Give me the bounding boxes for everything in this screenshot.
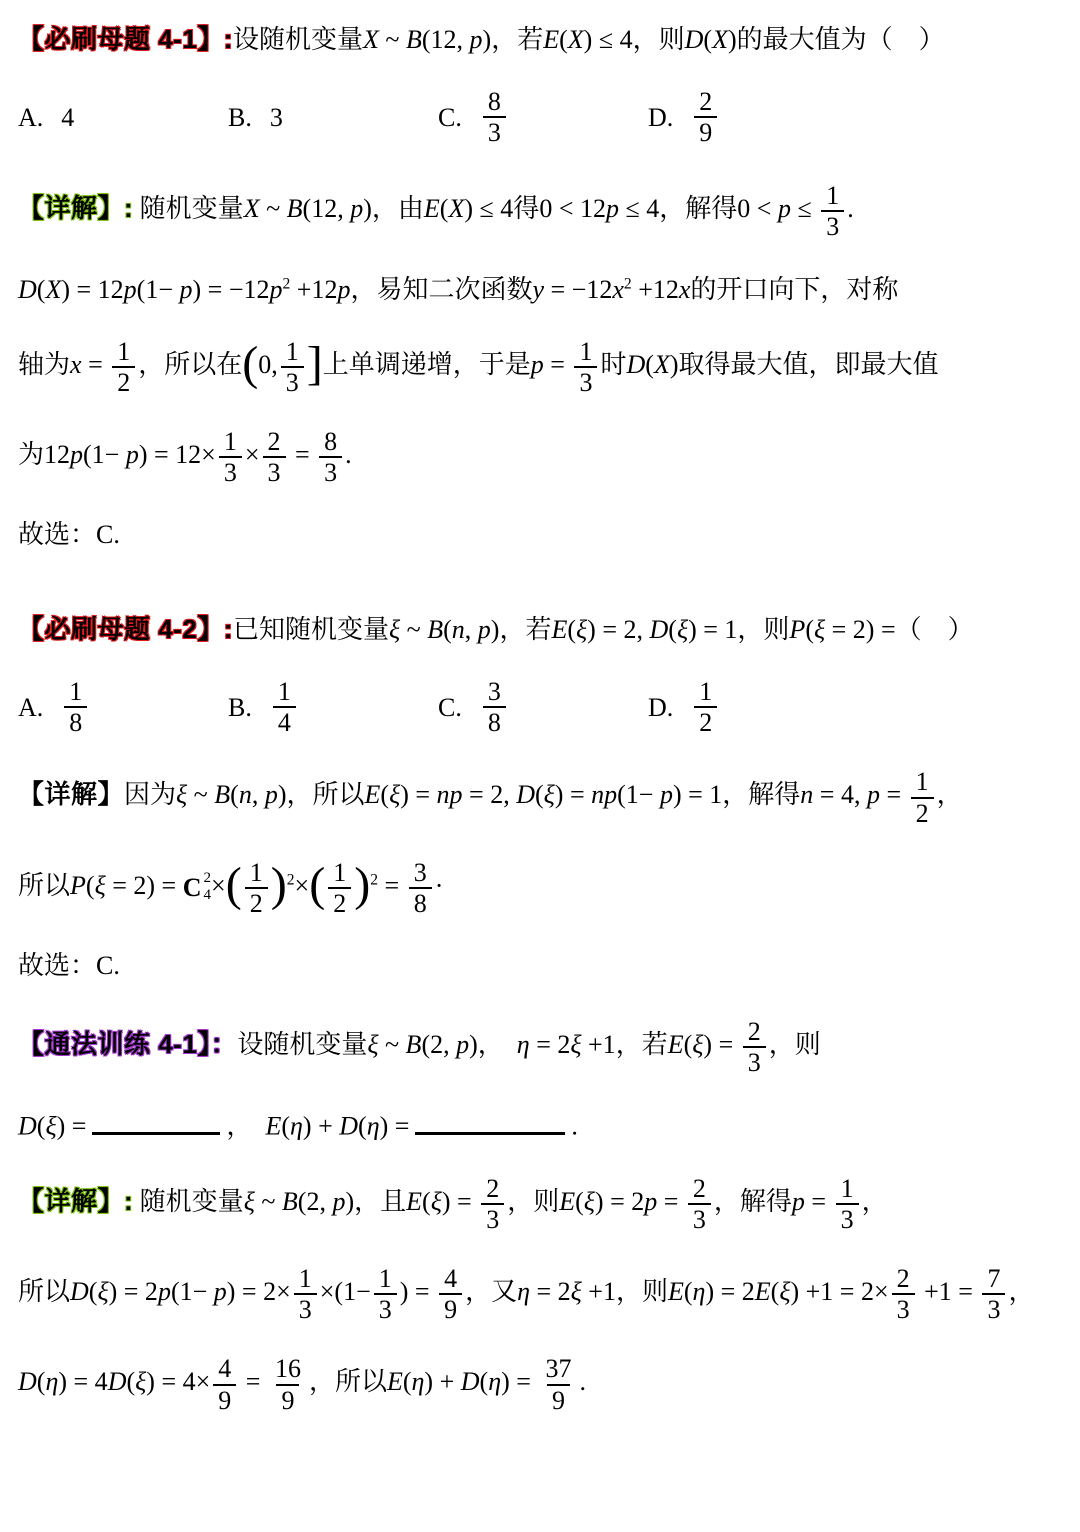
chinese-text: 因为 [124,781,176,810]
answer-4-2: 故选：C. [18,948,1060,983]
fraction-denominator: 3 [483,116,506,147]
problem-4-1-statement: 【必刷母题 4-1】:设随机变量X ~ B(12, p)，若E(X) ≤ 4，则… [18,22,1060,57]
answer-option: B.3 [228,100,438,135]
math-variable: X [363,25,379,54]
math-roman: ) = 1 [673,781,722,810]
math-roman: × [245,440,260,469]
math-variable: p [660,781,673,810]
chinese-text: 的开口向下，对称 [690,275,898,304]
chinese-text: ，若 [616,1030,668,1059]
chinese-text: ，若 [491,25,543,54]
math-fraction: 49 [439,1264,462,1324]
math-fraction: 83 [483,87,506,147]
math-variable: ξ [584,1187,595,1216]
explanation-4-2-line-1: 【详解】因为ξ ~ B(n, p)，所以E(ξ) = np = 2, D(ξ) … [18,767,1060,827]
chinese-text: 设随机变量 [233,25,363,54]
math-variable: E [668,1277,684,1306]
math-roman: ) = 12× [139,440,216,469]
math-variable: p [644,1187,657,1216]
math-fraction: 23 [263,427,286,487]
math-variable: η [693,1277,706,1306]
math-variable: n [452,615,465,644]
math-roman: ( [684,1030,693,1059]
fraction-numerator: 2 [263,427,286,456]
math-variable: p [456,1030,469,1059]
fraction-denominator: 3 [688,1203,711,1234]
chinese-text: ，解得 [714,1187,792,1216]
math-roman: ) ≤ 4 [464,194,513,223]
math-variable: ξ [431,1187,442,1216]
math-roman: ) [469,1030,478,1059]
math-variable: n [239,781,252,810]
chinese-text: ，易知二次函数 [350,275,532,304]
big-bracket: ( [226,858,242,911]
chinese-text: ，则 [633,25,685,54]
math-variable: ξ [389,781,400,810]
fraction-denominator: 9 [547,1384,570,1415]
math-roman: ( [126,1368,135,1397]
math-roman: C. [96,520,120,549]
math-variable: η [290,1112,303,1141]
combination-superscript: 2 [203,870,211,887]
math-variable: ξ [814,615,825,644]
math-roman: ( [380,781,389,810]
math-variable: D [70,1277,89,1306]
math-roman: 12 [44,440,70,469]
math-roman: . [847,194,854,223]
answer-option: B.14 [228,677,438,737]
chinese-text: ， [478,1030,517,1059]
fraction-denominator: 2 [245,887,268,918]
training-4-1-statement: 【通法训练 4-1】：设随机变量ξ ~ B(2, p)， η = 2ξ +1，若… [18,1017,1060,1077]
explanation-4-1-line-4: 为12p(1− p) = 12×13×23 = 83. [18,427,1060,487]
big-bracket: ( [309,858,325,911]
math-variable: B [282,1187,298,1216]
math-variable: p [531,350,544,379]
math-roman: . [579,1368,586,1397]
chinese-text: ，所以 [309,1368,387,1397]
problem-4-1-options: A.4B.3C.83D.29 [18,87,1060,147]
fraction-denominator: 3 [982,1293,1005,1324]
math-roman: (12, [422,25,470,54]
explanation-training-line-3: D(η) = 4D(ξ) = 4×49 = 169，所以E(η) + D(η) … [18,1354,1060,1414]
fraction-numerator: 4 [439,1264,462,1293]
math-roman: 0 < [737,194,778,223]
math-roman: 3 [270,100,283,135]
math-roman: ( [443,615,452,644]
math-fraction: 23 [743,1017,766,1077]
math-variable: E [424,194,440,223]
math-roman: = 2 [530,1277,571,1306]
math-roman: ) = [400,1277,436,1306]
math-roman: 0, [258,350,278,379]
chinese-text: 设随机变量 [237,1030,367,1059]
math-variable: E [406,1187,422,1216]
fraction-denominator: 9 [439,1293,462,1324]
answer-blank [415,1107,565,1135]
math-roman: (1− [617,781,660,810]
math-roman: ~ [378,1030,405,1059]
math-roman: A. [18,690,43,725]
math-variable: p [214,1277,227,1306]
answer-option: A.4 [18,100,228,135]
math-variable: D [626,350,645,379]
math-superscript: 2 [624,275,632,292]
math-roman: ( [703,25,712,54]
math-roman: ) [363,194,372,223]
math-variable: D [339,1112,358,1141]
math-variable: p [265,781,278,810]
math-variable: E [668,1030,684,1059]
math-roman: ) [345,1187,354,1216]
math-roman: = [82,350,110,379]
fraction-numerator: 2 [481,1174,504,1203]
fraction-denominator: 9 [213,1384,236,1415]
math-roman: ( [684,1277,693,1306]
math-variable: ξ [45,1112,56,1141]
chinese-text: ，若 [499,615,551,644]
fraction-denominator: 3 [743,1046,766,1077]
math-roman: (2, [421,1030,456,1059]
math-fraction: 38 [409,858,432,918]
math-roman: ) = [555,781,591,810]
math-roman: ) = 1 [688,615,737,644]
math-roman: +1 [582,1030,616,1059]
math-variable: p [470,25,483,54]
math-variable: ξ [95,871,106,900]
combination-scripts: 24 [203,870,211,905]
math-roman: +12 [632,275,679,304]
math-fraction: 23 [688,1174,711,1234]
math-variable: ξ [389,615,400,644]
math-fraction: 12 [328,858,351,918]
math-roman: ) + [303,1112,339,1141]
fraction-denominator: 3 [892,1293,915,1324]
math-roman: ( [422,1187,431,1216]
chinese-text: ， [1008,1277,1034,1306]
math-roman: (12, [303,194,351,223]
math-roman: ) = 12 [61,275,123,304]
fraction-denominator: 9 [276,1384,299,1415]
math-variable: D [108,1368,127,1397]
math-variable: ξ [544,781,555,810]
fraction-denominator: 3 [374,1293,397,1324]
math-roman: , [465,615,478,644]
math-roman: , [252,781,265,810]
math-fraction: 13 [294,1264,317,1324]
chinese-text: 为 [18,440,44,469]
fraction-numerator: 1 [694,677,717,706]
math-roman: ) = 4 [58,1368,107,1397]
math-roman: · [435,871,444,900]
math-roman: C. [96,951,120,980]
explanation-4-1-line-3: 轴为x = 12，所以在(0,13]上单调递增，于是p = 13时D(X)取得最… [18,337,1060,397]
fraction-numerator: 1 [294,1264,317,1293]
chinese-text: ，解得 [659,194,737,223]
section-header: 【通法训练 4-1】： [18,1029,237,1059]
math-roman: B. [228,690,252,725]
math-roman: . [571,1112,578,1141]
math-roman: = [239,1368,267,1397]
fraction-numerator: 1 [821,181,844,210]
math-roman: (1− [83,440,126,469]
math-roman: ( [480,1368,489,1397]
math-roman: ) = −12 [193,275,270,304]
math-roman: A. [18,100,43,135]
answer-blank [92,1107,220,1135]
training-4-1-blanks: D(ξ) =， E(η) + D(η) =. [18,1107,1060,1144]
math-roman: ) = 4× [146,1368,210,1397]
math-variable: p [792,1187,805,1216]
fraction-denominator: 3 [821,210,844,241]
math-variable: X [448,194,464,223]
math-roman: +12 [290,275,337,304]
fraction-numerator: 1 [219,427,242,456]
math-variable: p [478,615,491,644]
math-roman: ~ [260,194,287,223]
chinese-text: 上单调递增，于是 [323,350,531,379]
big-bracket: ) [271,858,287,911]
explanation-training-line-2: 所以D(ξ) = 2p(1− p) = 2×13×(1−13) = 49，又η … [18,1264,1060,1324]
math-fraction: 169 [270,1354,306,1414]
chinese-text: 随机变量 [133,194,244,223]
math-roman: ) + [424,1368,460,1397]
math-variable: y [532,275,544,304]
chinese-text: 时 [600,350,626,379]
chinese-text: ，且 [354,1187,406,1216]
math-roman: ) [728,25,737,54]
math-variable: ξ [570,1030,581,1059]
math-variable: D [18,1368,37,1397]
fraction-denominator: 2 [112,366,135,397]
fraction-denominator: 3 [574,366,597,397]
math-variable: X [568,25,584,54]
math-variable: np [591,781,617,810]
chinese-text: 轴为 [18,350,70,379]
fraction-denominator: 4 [273,706,296,737]
fraction-denominator: 3 [281,366,304,397]
math-variable: p [124,275,137,304]
math-roman: ) +1 = 2× [790,1277,888,1306]
answer-4-1: 故选：C. [18,517,1060,552]
math-roman: ) ≤ 4 [584,25,633,54]
math-fraction: 23 [481,1174,504,1234]
math-variable: η [367,1112,380,1141]
math-roman: 4 [61,100,74,135]
math-fraction: 38 [483,677,506,737]
math-fraction: 29 [694,87,717,147]
fraction-numerator: 1 [911,767,934,796]
fraction-numerator: 1 [281,337,304,366]
math-variable: p [126,440,139,469]
math-fraction: 12 [694,677,717,737]
combination-base: C [183,870,202,905]
fraction-numerator: 2 [688,1174,711,1203]
math-roman: (1− [137,275,180,304]
chinese-text: ， [862,1187,888,1216]
chinese-text: 故选： [18,520,96,549]
math-variable: E [559,1187,575,1216]
math-roman: ) = [57,1112,87,1141]
math-roman: ) [483,25,492,54]
math-variable: p [867,781,880,810]
math-variable: ξ [677,615,688,644]
fraction-numerator: 7 [982,1264,1005,1293]
math-variable: D [685,25,704,54]
math-roman: = −12 [544,275,612,304]
math-roman: ( [645,350,654,379]
math-roman: ( [575,1187,584,1216]
math-roman: ) = [703,1030,739,1059]
math-variable: E [365,781,381,810]
big-bracket: ( [242,337,258,390]
math-roman: ) = [442,1187,478,1216]
math-variable: D [18,275,37,304]
math-variable: η [412,1368,425,1397]
math-variable: ξ [244,1187,255,1216]
chinese-text: 取得最大值，即最大值 [679,350,939,379]
math-roman: = [378,871,406,900]
math-roman: +1 [582,1277,616,1306]
chinese-text: ，又 [465,1277,517,1306]
chinese-text: 所以 [18,1277,70,1306]
fraction-numerator: 8 [483,87,506,116]
math-roman: = [805,1187,833,1216]
explanation-4-2-line-2: 所以P(ξ = 2) = C24×(12)2×(12)2 = 38· [18,858,1060,918]
math-variable: x [679,275,691,304]
math-superscript: 2 [370,871,378,888]
math-worksheet: 【必刷母题 4-1】:设随机变量X ~ B(12, p)，若E(X) ≤ 4，则… [18,22,1060,1415]
fraction-denominator: 3 [836,1203,859,1234]
fraction-numerator: 37 [540,1354,576,1383]
chinese-text: 已知随机变量 [233,615,389,644]
chinese-text: ，则 [616,1277,668,1306]
chinese-text: 得 [513,194,539,223]
math-variable: η [517,1277,530,1306]
fraction-numerator: 2 [892,1264,915,1293]
math-fraction: 13 [836,1174,859,1234]
fraction-denominator: 3 [219,456,242,487]
math-roman: ( [230,781,239,810]
chinese-text: 的最大值为（ ） [737,25,945,54]
problem-4-2-statement: 【必刷母题 4-2】:已知随机变量ξ ~ B(n, p)，若E(ξ) = 2, … [18,612,1060,647]
math-roman: ) = [400,781,436,810]
big-bracket: ] [307,337,323,390]
math-roman: ( [805,615,814,644]
fraction-numerator: 2 [743,1017,766,1046]
fraction-denominator: 8 [483,706,506,737]
math-roman: ≤ [791,194,818,223]
math-roman: × [211,871,226,900]
math-roman: ( [567,615,576,644]
chinese-text: 随机变量 [133,1187,244,1216]
section-header: 【详解】: [18,193,133,223]
math-fraction: 73 [982,1264,1005,1324]
math-variable: η [517,1030,530,1059]
math-roman: ( [535,781,544,810]
math-fraction: 13 [574,337,597,397]
answer-option: C.83 [438,87,648,147]
section-header: 【详解】 [18,780,124,810]
math-roman: × [295,871,310,900]
fraction-numerator: 1 [328,858,351,887]
fraction-numerator: 1 [64,677,87,706]
math-roman: = 2) = [106,871,183,900]
math-roman: (1− [171,1277,214,1306]
math-roman: ~ [255,1187,282,1216]
section-header: 【必刷母题 4-2】: [18,614,233,644]
math-fraction: 12 [112,337,135,397]
math-roman: ( [358,1112,367,1141]
explanation-4-1-line-1: 【详解】: 随机变量X ~ B(12, p)，由E(X) ≤ 4得0 < 12p… [18,181,1060,241]
combination-symbol: C24 [183,870,211,905]
math-variable: x [70,350,82,379]
problem-4-2-options: A.18B.14C.38D.12 [18,677,1060,737]
math-superscript: 2 [287,871,295,888]
math-variable: p [337,275,350,304]
math-fraction: 12 [911,767,934,827]
math-variable: E [543,25,559,54]
math-variable: D [18,1112,37,1141]
fraction-numerator: 1 [836,1174,859,1203]
math-variable: p [606,194,619,223]
fraction-denominator: 9 [694,116,717,147]
math-variable: E [755,1277,771,1306]
math-variable: p [158,1277,171,1306]
math-variable: p [70,440,83,469]
fraction-numerator: 1 [112,337,135,366]
fraction-numerator: 1 [273,677,296,706]
math-roman: = 4, [813,781,867,810]
math-variable: D [461,1368,480,1397]
math-variable: B [406,25,422,54]
math-variable: X [712,25,728,54]
section-header: 【详解】: [18,1186,133,1216]
chinese-text: ，所以在 [138,350,242,379]
fraction-denominator: 2 [911,797,934,828]
math-roman: +1 = [918,1277,980,1306]
math-variable: ξ [135,1368,146,1397]
fraction-numerator: 1 [574,337,597,366]
math-roman: ≤ 4 [619,194,659,223]
math-roman: = 2, [463,781,517,810]
math-roman: ×(1− [320,1277,371,1306]
chinese-text: 所以 [18,871,70,900]
answer-option: C.38 [438,677,648,737]
math-roman: D. [648,100,673,135]
math-variable: p [269,275,282,304]
math-variable: B [406,1030,422,1059]
fraction-denominator: 8 [409,887,432,918]
math-fraction: 18 [64,677,87,737]
math-roman: ( [281,1112,290,1141]
fraction-denominator: 3 [319,456,342,487]
math-variable: η [45,1368,58,1397]
math-variable: D [516,781,535,810]
math-variable: p [350,194,363,223]
fraction-denominator: 3 [263,456,286,487]
chinese-text: ，则 [507,1187,559,1216]
math-variable: P [789,615,805,644]
fraction-denominator: 2 [328,887,351,918]
math-variable: D [649,615,668,644]
math-fraction: 12 [245,858,268,918]
math-variable: X [244,194,260,223]
math-variable: ξ [779,1277,790,1306]
chinese-text: ，由 [372,194,424,223]
math-variable: E [551,615,567,644]
section-header: 【必刷母题 4-1】: [18,24,233,54]
